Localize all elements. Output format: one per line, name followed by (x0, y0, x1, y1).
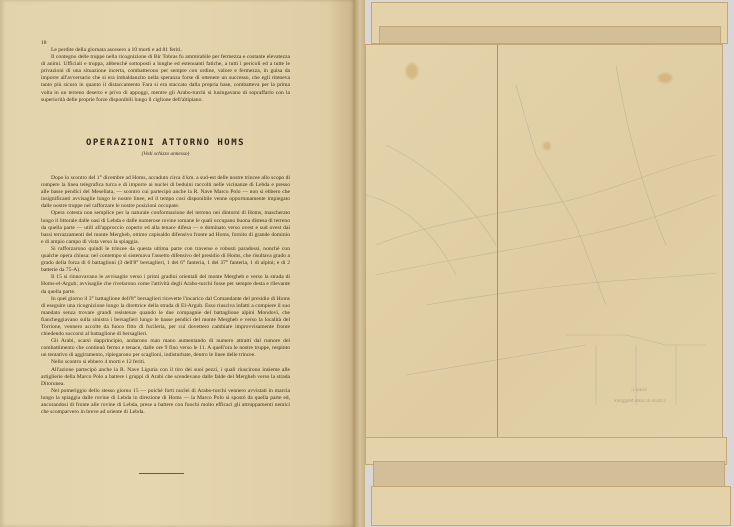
paragraph: Dopo lo scontro del 1° dicembre ad Homs,… (41, 175, 290, 210)
stain (543, 142, 551, 150)
paragraph: Il contegno delle truppe nella ricognizi… (41, 54, 290, 104)
paragraph: Nel pomeriggio dello stesso giorno 15 — … (41, 388, 290, 416)
intro-text: Le perdite della giornata ascesero a 10 … (41, 47, 290, 104)
bleed-through-text: Ufficio di Stato Maggiore (614, 399, 666, 404)
end-rule-divider (139, 473, 184, 474)
map-contour-lines (366, 45, 722, 440)
left-page: 18 Le perdite della giornata ascesero a … (0, 0, 355, 527)
book-spine (355, 0, 365, 527)
page-number: 18 (41, 40, 47, 46)
map-fold-crease (497, 45, 498, 440)
paragraph: Opera cotesta non semplice per la natura… (41, 210, 290, 245)
section-subtitle: (Vedi schizzo annesso) (41, 151, 290, 157)
paragraph: Il 15 si rinnovavano le avvisaglie verso… (41, 274, 290, 295)
map-panel: Scala 1: Ufficio di Stato Maggiore (365, 44, 723, 441)
paragraph: In quel giorno il 3° battaglione dell'8°… (41, 296, 290, 339)
tape-strip-bottom (373, 461, 725, 487)
paragraph: Si rafforzarono quindi le trincee da que… (41, 246, 290, 274)
section-title: OPERAZIONI ATTORNO HOMS (41, 138, 290, 148)
scanned-spread: 18 Le perdite della giornata ascesero a … (0, 0, 734, 527)
bleed-through-text: Scala 1: (631, 388, 647, 393)
paragraph: Nello scontro si ebbero 4 morti e 12 fer… (41, 359, 290, 366)
stain (658, 73, 672, 83)
tape-strip-top (379, 26, 721, 44)
paragraph: Gli Arabi, scarsi dapprincipio, andarono… (41, 338, 290, 359)
folded-map: Scala 1: Ufficio di Stato Maggiore (365, 0, 734, 527)
paragraph: All'azione partecipò anche la R. Nave Li… (41, 367, 290, 388)
body-text: Dopo lo scontro del 1° dicembre ad Homs,… (41, 175, 290, 416)
stain (406, 63, 418, 79)
map-fold-bottom-outer (371, 486, 731, 526)
